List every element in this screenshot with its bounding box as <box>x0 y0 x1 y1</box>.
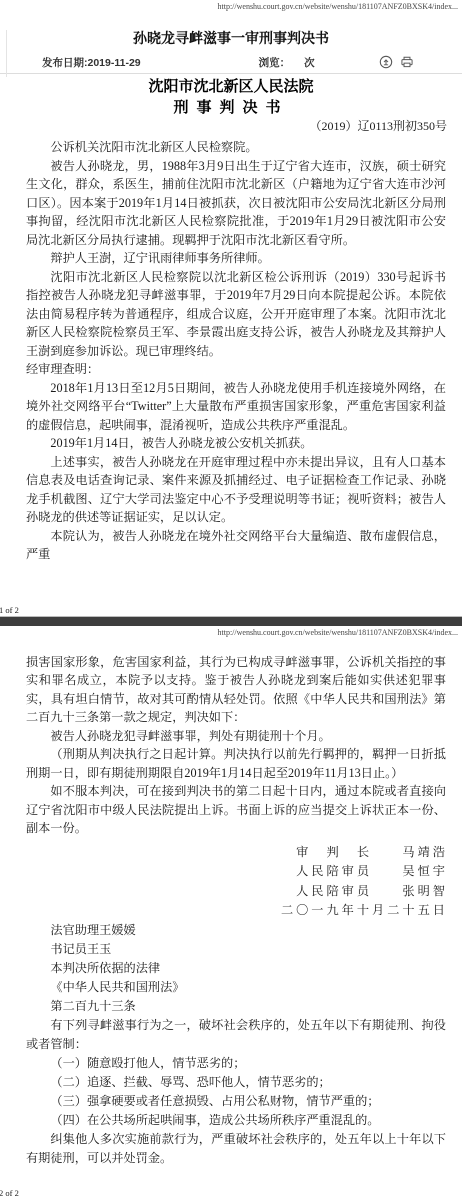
document-paragraph: 辩护人王澍，辽宁讯雨律师事务所律师。 <box>26 249 446 268</box>
printer-icon[interactable] <box>400 55 414 69</box>
views-counter: 浏览： 次 <box>259 55 315 70</box>
document-paragraph: （三）强拿硬要或者任意损毁、占用公私财物，情节严重的； <box>26 1092 446 1111</box>
document-paragraph: 法官助理王媛媛 <box>26 921 446 940</box>
document-paragraph: 2018年1月13日至12月5日期间，被告人孙晓龙使用手机连接境外网络，在境外社… <box>26 379 446 435</box>
meta-row: 发布日期:2019-11-29 浏览： 次 <box>0 54 462 74</box>
views-label: 浏览： <box>259 55 291 70</box>
toolbar-icons <box>379 55 414 69</box>
page-divider-bar <box>0 616 462 626</box>
views-unit: 次 <box>304 55 315 70</box>
signature-block: 审 判 长 马靖浩人民陪审员 吴恒宇人民陪审员 张明智二〇一九年十月二十五日 <box>0 843 462 921</box>
document-paragraph: （一）随意殴打他人，情节恶劣的； <box>26 1054 446 1073</box>
document-paragraph: 损害国家形象，危害国家利益，其行为已构成寻衅滋事罪，公诉机关指控的事实和罪名成立… <box>26 653 446 727</box>
page-marker-1: 1 of 2 <box>0 605 462 615</box>
document-paragraph: （四）在公共场所起哄闹事，造成公共场所秩序严重混乱的。 <box>26 1111 446 1130</box>
case-number: （2019）辽0113刑初350号 <box>0 118 462 135</box>
document-paragraph: 沈阳市沈北新区人民检察院以沈北新区检公诉刑诉（2019）330号起诉书指控被告人… <box>26 268 446 361</box>
document-paragraph: 人民陪审员 张明智 <box>0 882 448 902</box>
document-paragraph: 书记员王玉 <box>26 940 446 959</box>
page-title: 孙晓龙寻衅滋事一审刑事判决书 <box>0 29 462 47</box>
judgment-body-page2: 损害国家形象，危害国家利益，其行为已构成寻衅滋事罪，公诉机关指控的事实和罪名成立… <box>26 653 446 838</box>
document-paragraph: 《中华人民共和国刑法》 <box>26 978 446 997</box>
document-paragraph: 如不服本判决，可在接到判决书的第二日起十日内，通过本院或者直接向辽宁省沈阳市中级… <box>26 782 446 838</box>
document-paragraph: 被告人孙晓龙犯寻衅滋事罪，判处有期徒刑十个月。 <box>26 727 446 746</box>
document-type: 刑事判决书 <box>0 99 462 118</box>
publish-date: 发布日期:2019-11-29 <box>42 55 141 70</box>
document-paragraph: 2019年1月14日，被告人孙晓龙被公安机关抓获。 <box>26 434 446 453</box>
share-upload-icon[interactable] <box>379 55 393 69</box>
url-header-page1: http://wenshu.court.gov.cn/website/wensh… <box>0 0 462 12</box>
left-border-artifact <box>6 30 7 77</box>
document-paragraph: （刑期从判决执行之日起计算。判决执行以前先行羁押的，羁押一日折抵刑期一日，即有期… <box>26 745 446 782</box>
print-preview-page: http://wenshu.court.gov.cn/website/wensh… <box>0 0 462 1200</box>
url-header-page2: http://wenshu.court.gov.cn/website/wensh… <box>0 628 462 638</box>
judgment-body-page1: 公诉机关沈阳市沈北新区人民检察院。被告人孙晓龙，男，1988年3月9日出生于辽宁… <box>26 138 446 564</box>
document-paragraph: 二〇一九年十月二十五日 <box>0 901 448 921</box>
document-paragraph: 被告人孙晓龙，男，1988年3月9日出生于辽宁省大连市，汉族，硕士研究生文化，群… <box>26 157 446 250</box>
document-paragraph: 有下列寻衅滋事行为之一，破坏社会秩序的，处五年以下有期徒刑、拘役或者管制： <box>26 1016 446 1054</box>
document-paragraph: 公诉机关沈阳市沈北新区人民检察院。 <box>26 138 446 157</box>
document-paragraph: 人民陪审员 吴恒宇 <box>0 862 448 882</box>
document-paragraph: 审 判 长 马靖浩 <box>0 843 448 863</box>
document-paragraph: 经审理查明： <box>26 360 446 379</box>
court-name: 沈阳市沈北新区人民法院 <box>0 78 462 97</box>
document-paragraph: 上述事实，被告人孙晓龙在开庭审理过程中亦未提出异议，且有人口基本信息表及电话查询… <box>26 453 446 527</box>
page-marker-2: 2 of 2 <box>0 1188 19 1198</box>
document-paragraph: （二）追逐、拦截、辱骂、恐吓他人，情节恶劣的； <box>26 1073 446 1092</box>
document-paragraph: 第二百九十三条 <box>26 997 446 1016</box>
document-paragraph: 本院认为，被告人孙晓龙在境外社交网络平台大量编造、散布虚假信息，严重 <box>26 527 446 564</box>
document-paragraph: 本判决所依据的法律 <box>26 959 446 978</box>
closing-section: 法官助理王媛媛书记员王玉本判决所依据的法律《中华人民共和国刑法》第二百九十三条有… <box>26 921 446 1168</box>
document-paragraph: 纠集他人多次实施前款行为，严重破坏社会秩序的，处五年以上十年以下有期徒刑，可以并… <box>26 1130 446 1168</box>
